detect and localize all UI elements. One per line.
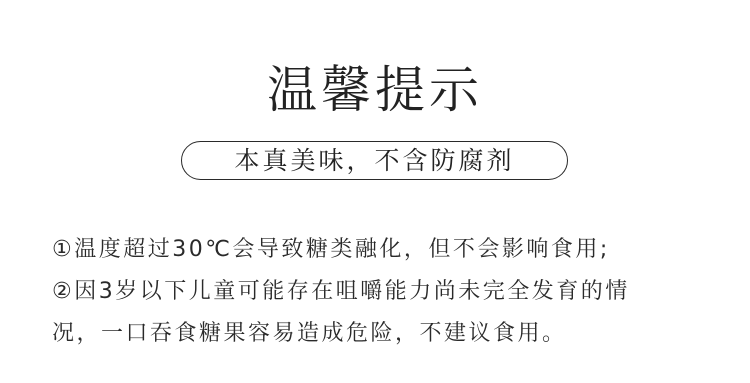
note-line-3: 况，一口吞食糖果容易造成危险，不建议食用。 — [52, 313, 712, 355]
page-title: 温馨提示 — [0, 58, 750, 122]
tagline-badge: 本真美味，不含防腐剂 — [181, 141, 568, 180]
tagline-text: 本真美味，不含防腐剂 — [234, 146, 514, 176]
note-line-1: ①温度超过30℃会导致糖类融化，但不会影响食用; — [52, 229, 712, 271]
note-line-2: ②因3岁以下儿童可能存在咀嚼能力尚未完全发育的情 — [52, 271, 712, 313]
notes-section: ①温度超过30℃会导致糖类融化，但不会影响食用; ②因3岁以下儿童可能存在咀嚼能… — [52, 229, 712, 355]
